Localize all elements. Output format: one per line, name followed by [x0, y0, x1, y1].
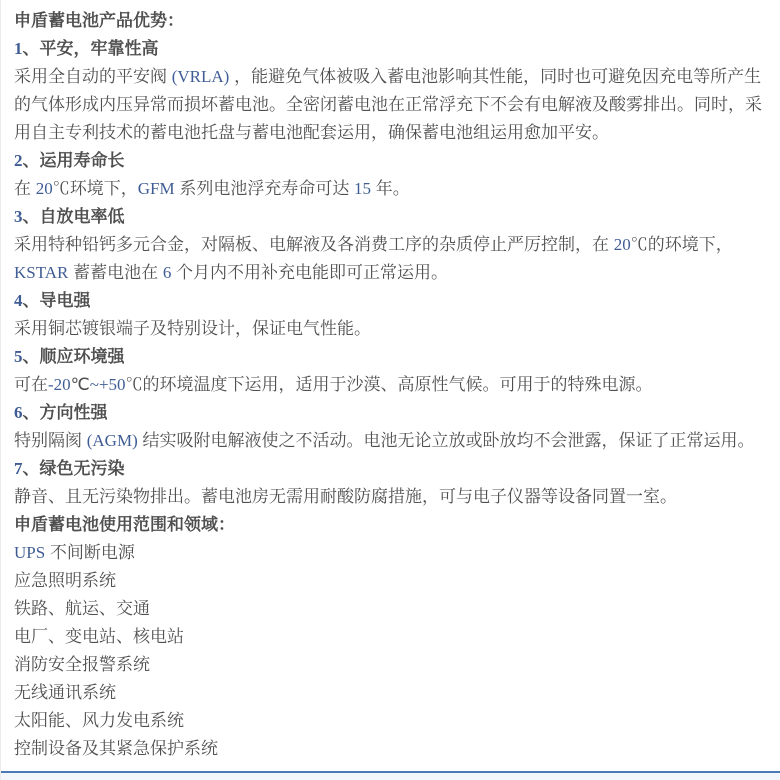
- section-5-body: 可在-20℃~+50℃的环境温度下运用，适用于沙漠、高原性气候。可用于的特殊电源…: [14, 371, 766, 399]
- latin-text: UPS: [14, 543, 45, 562]
- bottom-divider: [1, 771, 780, 780]
- section-1-body: 采用全自动的平安阀 (VRLA) ，能避免气体被吸入蓄电池影响其性能，同时也可避…: [14, 63, 766, 147]
- section-4-body: 采用铜芯镀银端子及特别设计，保证电气性能。: [14, 315, 766, 343]
- usage-item: UPS 不间断电源: [14, 539, 766, 567]
- section-7-body: 静音、且无污染物排出。蓄电池房无需用耐酸防腐措施，可与电子仪器等设备同置一室。: [14, 483, 766, 511]
- latin-text: (VRLA): [172, 67, 230, 86]
- section-6-body: 特别隔阂 (AGM) 结实吸附电解液使之不活动。电池无论立放或卧放均不会泄露，保…: [14, 427, 766, 455]
- latin-text: GFM: [138, 179, 175, 198]
- usage-item: 太阳能、风力发电系统: [14, 707, 766, 735]
- usage-item: 应急照明系统: [14, 567, 766, 595]
- latin-text: 6: [163, 263, 172, 282]
- usage-title: 申盾蓄电池使用范围和领域：: [14, 511, 766, 539]
- latin-text: ~+50: [90, 375, 126, 394]
- latin-text: 20: [36, 179, 53, 198]
- latin-text: -20: [48, 375, 71, 394]
- latin-text: 1: [14, 39, 23, 58]
- latin-text: 3: [14, 207, 23, 226]
- section-3-body: 采用特种铅钙多元合金，对隔板、电解液及各消费工序的杂质停止严厉控制，在 20℃的…: [14, 231, 766, 287]
- latin-text: 20: [614, 235, 631, 254]
- usage-item: 消防安全报警系统: [14, 651, 766, 679]
- document-body: 申盾蓄电池产品优势： 1、平安，牢靠性高 采用全自动的平安阀 (VRLA) ，能…: [1, 0, 780, 763]
- latin-text: 2: [14, 151, 23, 170]
- document-title: 申盾蓄电池产品优势：: [14, 7, 766, 35]
- section-5-heading: 5、顺应环境强: [14, 343, 766, 371]
- usage-item: 无线通讯系统: [14, 679, 766, 707]
- section-2-body: 在 20℃环境下，GFM 系列电池浮充寿命可达 15 年。: [14, 175, 766, 203]
- document-page: 申盾蓄电池产品优势： 1、平安，牢靠性高 采用全自动的平安阀 (VRLA) ，能…: [0, 0, 780, 780]
- usage-item: 铁路、航运、交通: [14, 595, 766, 623]
- usage-item: 电厂、变电站、核电站: [14, 623, 766, 651]
- latin-text: 5: [14, 347, 23, 366]
- usage-item: 控制设备及其紧急保护系统: [14, 735, 766, 763]
- section-1-heading: 1、平安，牢靠性高: [14, 35, 766, 63]
- latin-text: KSTAR: [14, 263, 68, 282]
- latin-text: 7: [14, 459, 23, 478]
- section-6-heading: 6、方向性强: [14, 399, 766, 427]
- latin-text: 15: [354, 179, 371, 198]
- latin-text: 4: [14, 291, 23, 310]
- latin-text: (AGM): [87, 431, 138, 450]
- latin-text: 6: [14, 403, 23, 422]
- section-4-heading: 4、导电强: [14, 287, 766, 315]
- section-7-heading: 7、绿色无污染: [14, 455, 766, 483]
- section-3-heading: 3、自放电率低: [14, 203, 766, 231]
- section-2-heading: 2、运用寿命长: [14, 147, 766, 175]
